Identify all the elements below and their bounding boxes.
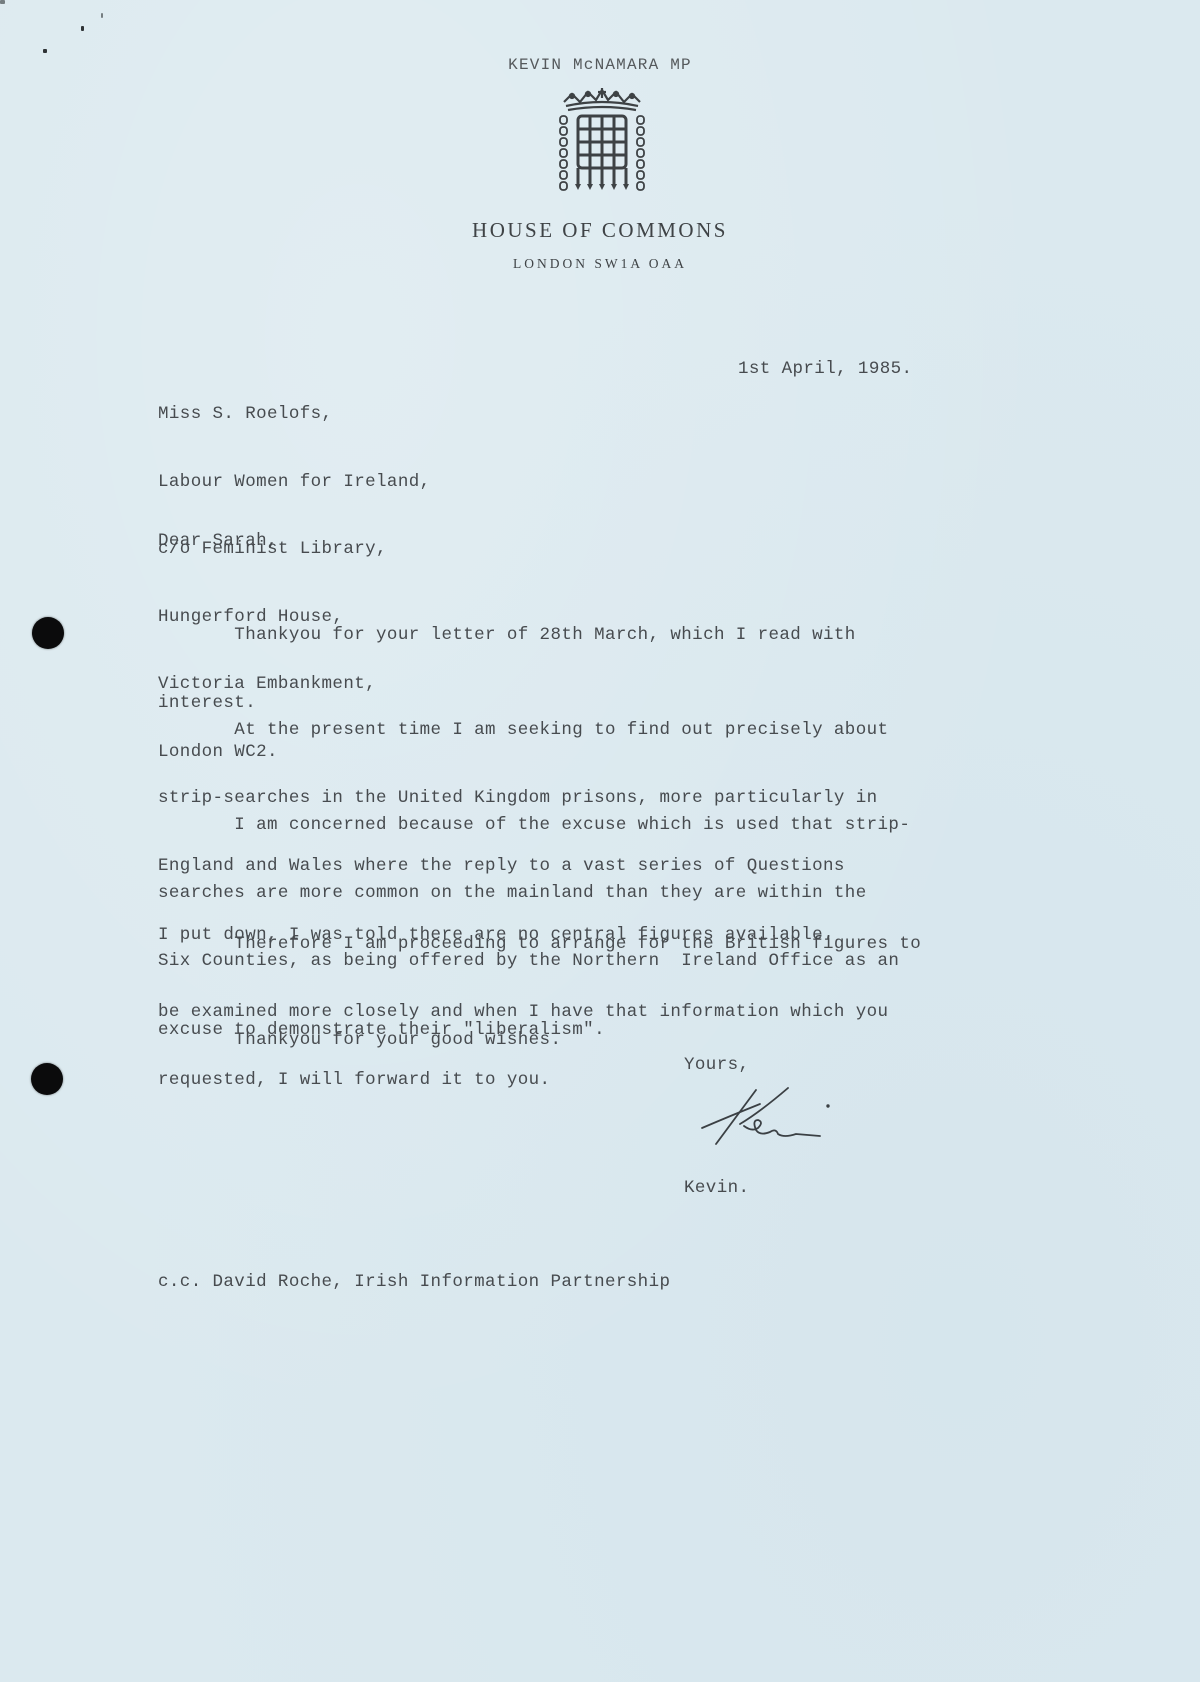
portcullis-crest-icon xyxy=(552,88,652,198)
punch-hole xyxy=(32,617,64,649)
body-line: Thankyou for your letter of 28th March, … xyxy=(158,624,856,647)
body-line: Thankyou for your good wishes. xyxy=(158,1029,561,1052)
punch-hole xyxy=(31,1063,63,1095)
letterhead-institution: HOUSE OF COMMONS xyxy=(0,218,1200,243)
paper-speck xyxy=(43,49,47,53)
letterhead-address: LONDON SW1A OAA xyxy=(0,256,1200,272)
handwritten-signature-icon xyxy=(700,1082,850,1152)
recipient-line: Labour Women for Ireland, xyxy=(158,471,431,494)
body-line: Therefore I am proceeding to arrange for… xyxy=(158,933,921,956)
carbon-copy-line: c.c. David Roche, Irish Information Part… xyxy=(158,1272,670,1292)
paper-speck xyxy=(81,26,84,31)
letterhead-member-name: KEVIN McNAMARA MP xyxy=(0,56,1200,74)
closing: Yours, xyxy=(684,1055,749,1075)
body-line: I am concerned because of the excuse whi… xyxy=(158,814,910,837)
paper-speck xyxy=(101,13,103,18)
paper-speck xyxy=(0,0,5,4)
letter-date: 1st April, 1985. xyxy=(738,358,912,381)
body-paragraph: Thankyou for your good wishes. xyxy=(158,983,561,1074)
signoff-name: Kevin. xyxy=(684,1178,749,1198)
body-line: At the present time I am seeking to find… xyxy=(158,719,888,742)
salutation: Dear Sarah, xyxy=(158,530,278,553)
recipient-line: Miss S. Roelofs, xyxy=(158,403,431,426)
